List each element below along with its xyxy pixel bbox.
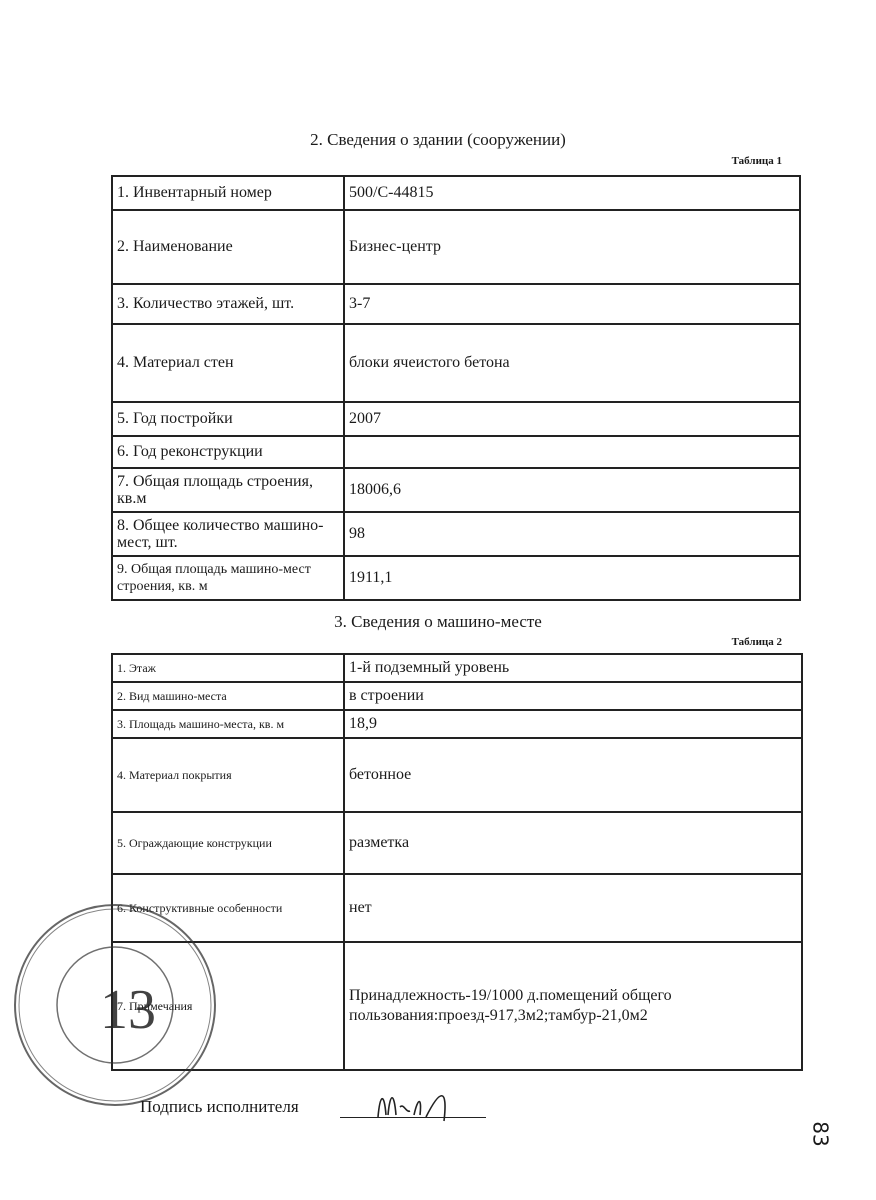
table-row: 5. Ограждающие конструкцииразметка	[112, 812, 802, 874]
table-1-label: Таблица 1	[732, 155, 782, 167]
table-row: 2. НаименованиеБизнес-центр	[112, 210, 800, 284]
row-value: 500/С-44815	[344, 176, 800, 210]
row-value: блоки ячеистого бетона	[344, 324, 800, 402]
row-value: 18,9	[344, 710, 802, 738]
row-label: 3. Количество этажей, шт.	[112, 284, 344, 324]
official-stamp-icon: 13	[10, 900, 220, 1110]
table-row: 9. Общая площадь машино-мест строения, к…	[112, 556, 800, 600]
row-value: бетонное	[344, 738, 802, 812]
table-row: 3. Количество этажей, шт.3-7	[112, 284, 800, 324]
row-value: нет	[344, 874, 802, 942]
row-label: 7. Общая площадь строения, кв.м	[112, 468, 344, 512]
table-row: 7. Общая площадь строения, кв.м18006,6	[112, 468, 800, 512]
row-value: Бизнес-центр	[344, 210, 800, 284]
row-label: 2. Наименование	[112, 210, 344, 284]
table-row: 5. Год постройки2007	[112, 402, 800, 436]
row-label: 1. Инвентарный номер	[112, 176, 344, 210]
row-value: Принадлежность-19/1000 д.помещений общег…	[344, 942, 802, 1070]
row-label: 4. Материал покрытия	[112, 738, 344, 812]
row-label: 4. Материал стен	[112, 324, 344, 402]
page-number: 83	[809, 1121, 833, 1146]
table-row: 3. Площадь машино-места, кв. м18,9	[112, 710, 802, 738]
table-row: 2. Вид машино-местав строении	[112, 682, 802, 710]
row-value: 18006,6	[344, 468, 800, 512]
row-value: 98	[344, 512, 800, 556]
row-value: 1-й подземный уровень	[344, 654, 802, 682]
signature-label: Подпись исполнителя	[140, 1097, 299, 1117]
row-label: 3. Площадь машино-места, кв. м	[112, 710, 344, 738]
row-label: 8. Общее количество машино-мест, шт.	[112, 512, 344, 556]
row-label: 5. Год постройки	[112, 402, 344, 436]
table-row: 4. Материал стенблоки ячеистого бетона	[112, 324, 800, 402]
table-row: 1. Этаж1-й подземный уровень	[112, 654, 802, 682]
row-value	[344, 436, 800, 468]
table-2-label: Таблица 2	[732, 636, 782, 648]
row-value: 1911,1	[344, 556, 800, 600]
building-info-table: 1. Инвентарный номер500/С-44815 2. Наиме…	[111, 175, 801, 601]
section-2-title: 2. Сведения о здании (сооружении)	[0, 130, 876, 150]
row-label: 5. Ограждающие конструкции	[112, 812, 344, 874]
row-value: в строении	[344, 682, 802, 710]
handwritten-signature-icon	[370, 1085, 470, 1125]
row-value: разметка	[344, 812, 802, 874]
table-row: 8. Общее количество машино-мест, шт.98	[112, 512, 800, 556]
table-row: 1. Инвентарный номер500/С-44815	[112, 176, 800, 210]
table-row: 4. Материал покрытиябетонное	[112, 738, 802, 812]
row-value: 3-7	[344, 284, 800, 324]
row-value: 2007	[344, 402, 800, 436]
row-label: 2. Вид машино-места	[112, 682, 344, 710]
row-label: 1. Этаж	[112, 654, 344, 682]
table-row: 6. Год реконструкции	[112, 436, 800, 468]
row-label: 9. Общая площадь машино-мест строения, к…	[112, 556, 344, 600]
row-label: 6. Год реконструкции	[112, 436, 344, 468]
svg-text:13: 13	[100, 979, 156, 1041]
section-3-title: 3. Сведения о машино-месте	[0, 612, 876, 632]
